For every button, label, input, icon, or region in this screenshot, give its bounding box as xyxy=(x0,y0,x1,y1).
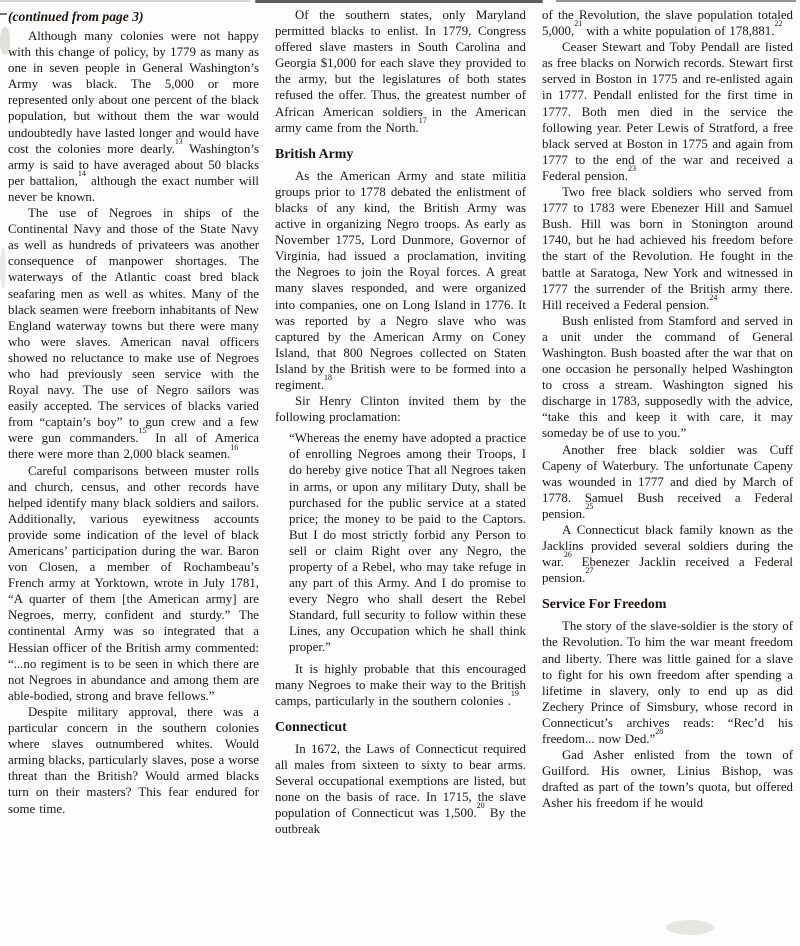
paragraph-southern-states: Of the southern states, only Maryland pe… xyxy=(275,7,526,136)
column-center: Of the southern states, only Maryland pe… xyxy=(275,7,526,946)
footnote-reference: 18 xyxy=(324,373,332,382)
paragraph-stewart-pendall: Ceaser Stewart and Toby Pendall are list… xyxy=(542,39,793,184)
paragraph-navy-service: The use of Negroes in ships of the Conti… xyxy=(8,205,259,463)
continued-from-note: (continued from page 3) xyxy=(8,8,259,25)
column-left: (continued from page 3) Although many co… xyxy=(8,7,259,946)
scanned-document-page: (continued from page 3) Although many co… xyxy=(0,0,800,946)
paragraph-jacklins: A Connecticut black family known as the … xyxy=(542,522,793,586)
footnote-reference: 26 xyxy=(564,550,572,559)
footnote-reference: 27 xyxy=(585,566,593,575)
scan-artifact-top-line xyxy=(255,0,543,3)
section-heading-connecticut: Connecticut xyxy=(275,719,526,736)
paragraph-encouraged-negroes: It is highly probable that this encourag… xyxy=(275,661,526,709)
paragraph-southern-fear: Despite military approval, there was a p… xyxy=(8,704,259,817)
footnote-reference: 19 xyxy=(511,689,519,698)
footnote-reference: 23 xyxy=(628,164,636,173)
paragraph-bush-stamford: Bush enlisted from Stamford and served i… xyxy=(542,313,793,442)
footnote-reference: 25 xyxy=(585,502,593,511)
footnote-reference: 21 xyxy=(574,19,582,28)
paragraph-clinton-intro: Sir Henry Clinton invited them by the fo… xyxy=(275,393,526,425)
section-heading-service-for-freedom: Service For Freedom xyxy=(542,596,793,613)
footnote-reference: 28 xyxy=(655,727,663,736)
footnote-reference: 13 xyxy=(175,137,183,146)
section-heading-british-army: British Army xyxy=(275,146,526,163)
footnote-reference: 20 xyxy=(477,801,485,810)
footnote-reference: 24 xyxy=(709,293,717,302)
paragraph-washington-army: Although many colonies were not happy wi… xyxy=(8,28,259,205)
footnote-reference: 22 xyxy=(774,19,782,28)
paragraph-hill-bush: Two free black soldiers who served from … xyxy=(542,184,793,313)
paragraph-gad-asher: Gad Asher enlisted from the town of Guil… xyxy=(542,747,793,811)
paragraph-british-army: As the American Army and state militia g… xyxy=(275,168,526,393)
paragraph-capeny: Another free black soldier was Cuff Cape… xyxy=(542,442,793,522)
clinton-proclamation-quote: “Whereas the enemy have adopted a practi… xyxy=(289,430,526,655)
footnote-reference: 17 xyxy=(419,116,427,125)
scan-artifact-edge-mark xyxy=(0,13,7,15)
paragraph-muster-rolls: Careful comparisons between muster rolls… xyxy=(8,463,259,704)
scan-artifact-smudge xyxy=(0,248,6,288)
footnote-reference: 16 xyxy=(230,443,238,452)
paragraph-connecticut-laws: In 1672, the Laws of Connecticut require… xyxy=(275,741,526,838)
scan-artifact-top-line xyxy=(0,0,250,2)
paragraph-slave-soldier-story: The story of the slave-soldier is the st… xyxy=(542,618,793,747)
scan-artifact-top-line xyxy=(556,0,796,2)
footnote-reference: 14 xyxy=(78,169,86,178)
paragraph-population-continued: of the Revolution, the slave population … xyxy=(542,7,793,39)
footnote-reference: 15 xyxy=(139,426,147,435)
column-right: of the Revolution, the slave population … xyxy=(542,7,793,946)
